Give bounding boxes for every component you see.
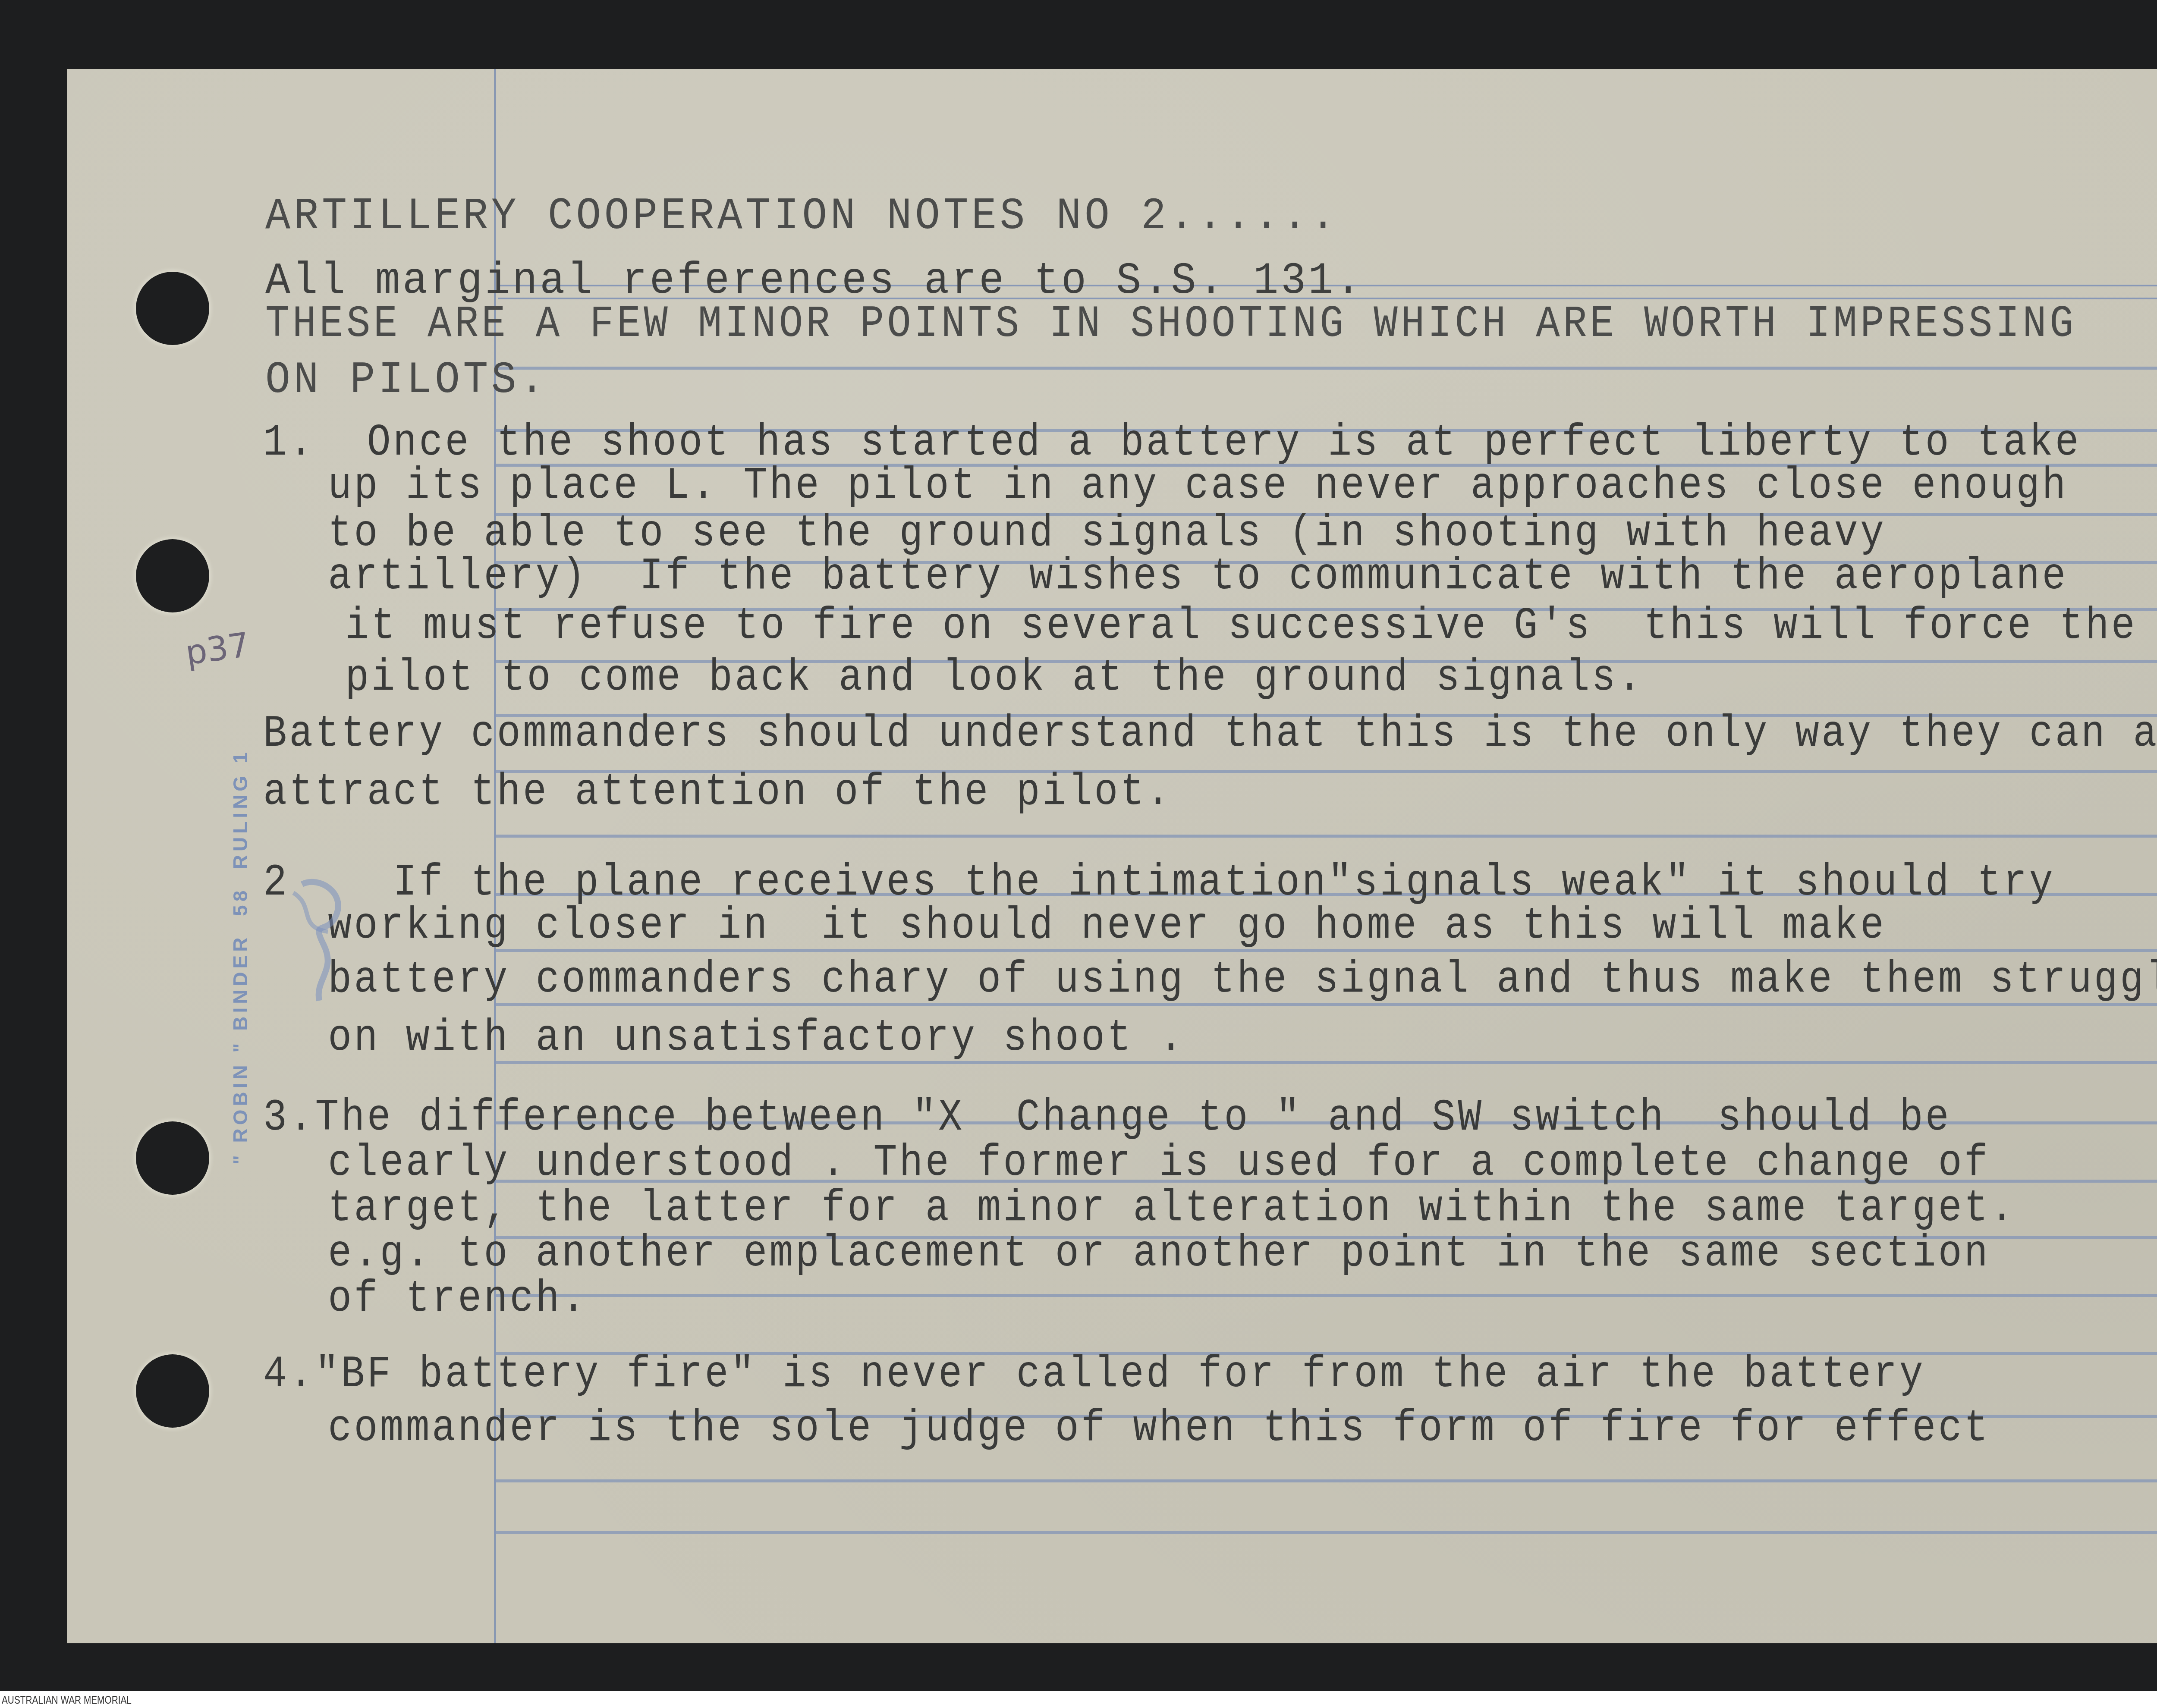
body-line: up its place L. The pilot in any case ne… <box>302 464 2068 509</box>
punch-hole <box>136 1354 209 1428</box>
ruled-line <box>494 1479 2157 1482</box>
body-line: 4."BF battery fire" is never called for … <box>263 1352 1925 1397</box>
ink-scribble-icon <box>285 867 388 1005</box>
ruled-line <box>494 1294 2157 1297</box>
body-line: target, the latter for a minor alteratio… <box>302 1186 2016 1231</box>
body-line: 1. Once the shoot has started a battery … <box>263 421 2081 465</box>
body-line: it must refuse to fire on several succes… <box>319 604 2137 649</box>
binder-imprint: " ROBIN " BINDER 58 RULING 1 <box>229 749 252 1165</box>
body-line: battery commanders chary of using the si… <box>302 958 2157 1002</box>
ruled-line <box>494 835 2157 838</box>
intro-line: All marginal references are to S.S. 131. <box>265 259 1363 304</box>
body-line: pilot to come back and look at the groun… <box>319 656 1644 700</box>
body-line: artillery) If the battery wishes to comm… <box>302 554 2068 599</box>
body-line: of trench. <box>302 1277 588 1322</box>
institution-label: AUSTRALIAN WAR MEMORIAL <box>2 1693 132 1707</box>
body-line: 3.The difference between "X Change to " … <box>263 1096 1951 1140</box>
punch-hole <box>136 1121 209 1195</box>
body-line: working closer in it should never go hom… <box>302 904 1886 948</box>
body-line: Battery commanders should understand tha… <box>263 712 2157 757</box>
intro-line: ON PILOTS. <box>265 358 548 403</box>
document-title: ARTILLERY COOPERATION NOTES NO 2...... <box>265 194 1339 239</box>
footer-bar: AUSTRALIAN WAR MEMORIAL AWM2019.22.242 <box>0 1691 2157 1708</box>
body-line: to be able to see the ground signals (in… <box>302 511 1886 556</box>
ruled-line <box>494 1531 2157 1534</box>
punch-hole <box>136 272 209 345</box>
body-line: attract the attention of the pilot. <box>263 770 1172 815</box>
punch-hole <box>136 539 209 612</box>
body-line: on with an unsatisfactory shoot . <box>302 1016 1185 1061</box>
ruled-line <box>494 367 2157 370</box>
body-line: 2 If the plane receives the intimation"s… <box>263 860 2055 905</box>
intro-line: THESE ARE A FEW MINOR POINTS IN SHOOTING… <box>265 302 2077 347</box>
body-line: commander is the sole judge of when this… <box>302 1406 1990 1451</box>
body-line: clearly understood . The former is used … <box>302 1141 1990 1186</box>
body-line: e.g. to another emplacement or another p… <box>302 1231 1990 1276</box>
